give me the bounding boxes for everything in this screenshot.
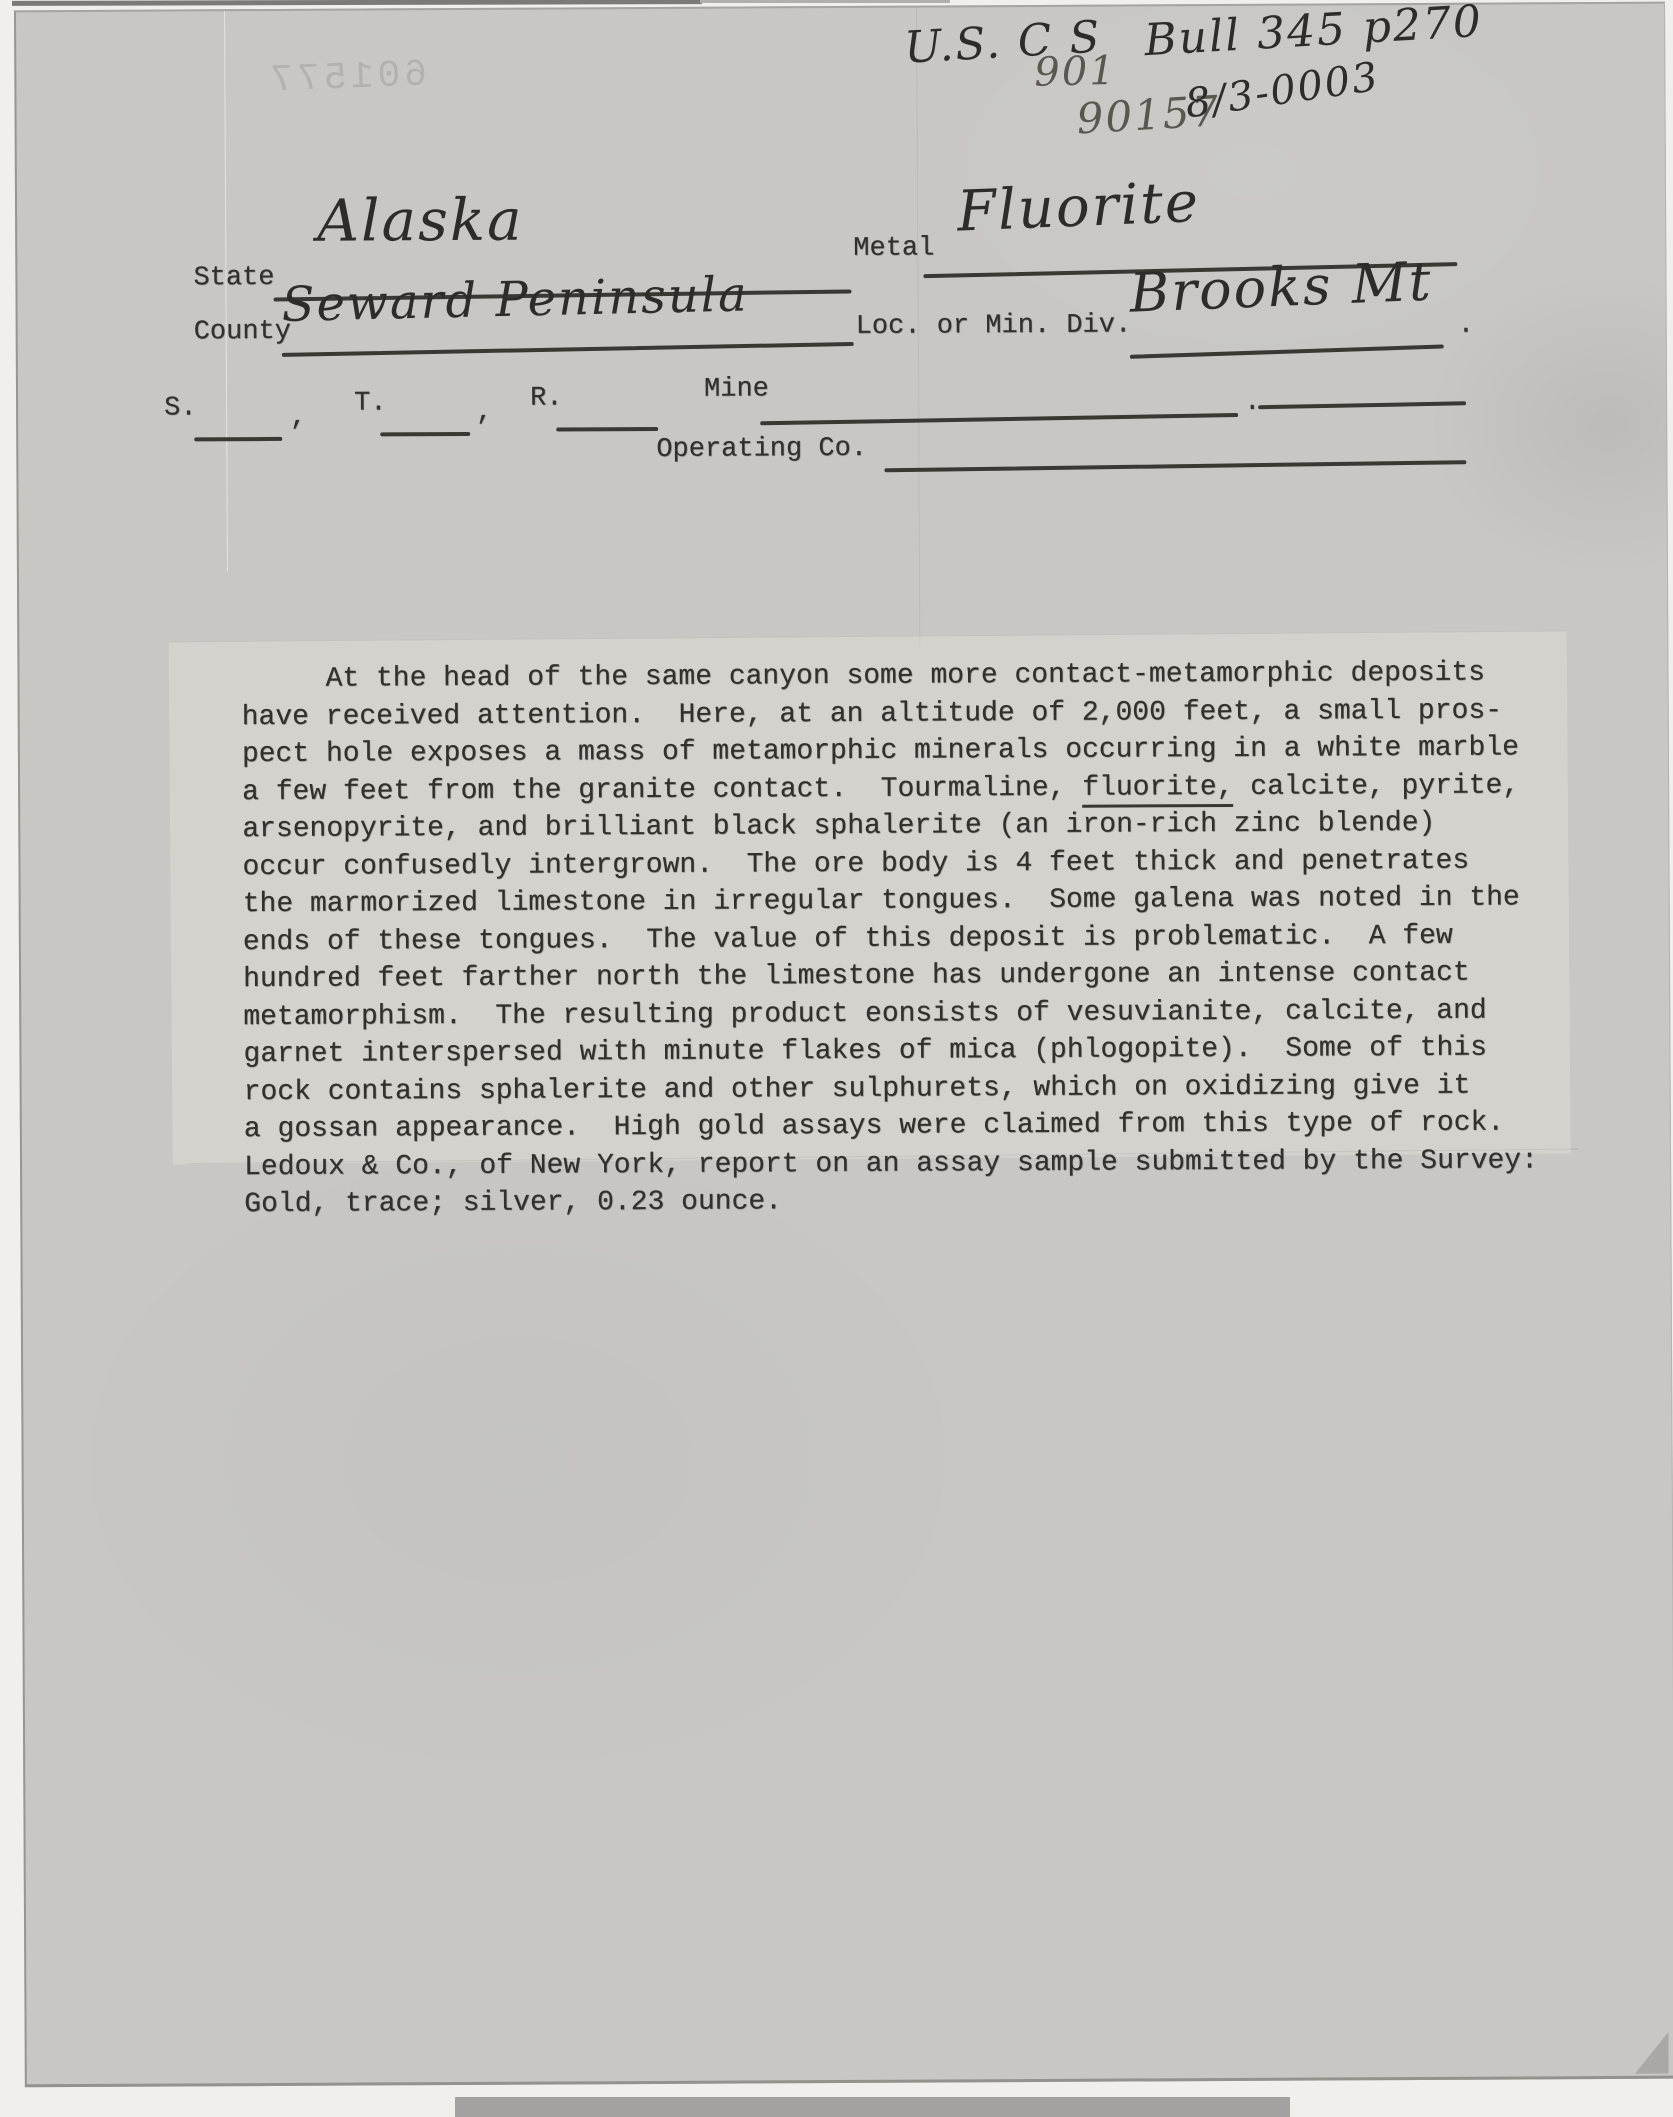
handwritten-code-overlay: 8/3-0003 bbox=[1182, 54, 1382, 128]
township-label: T. bbox=[354, 388, 387, 418]
location-trailing-period: . bbox=[1458, 311, 1474, 341]
county-label: County bbox=[194, 317, 291, 348]
typed-line: At the head of the same canyon some more… bbox=[241, 654, 1581, 699]
range-blank-line bbox=[556, 427, 658, 432]
typed-line: Gold, trace; silver, 0.23 ounce. bbox=[244, 1179, 1584, 1224]
document-paper: 601577 U.S. C S 901 Bull 345 p270 90157 … bbox=[14, 2, 1673, 2088]
handwritten-reference-suffix: Bull 345 p270 bbox=[1143, 0, 1484, 66]
typed-line: garnet interspersed with minute flakes o… bbox=[243, 1029, 1583, 1074]
operating-company-blank-line bbox=[884, 460, 1466, 472]
scanned-page: 601577 U.S. C S 901 Bull 345 p270 90157 … bbox=[0, 0, 1673, 2117]
operating-company-label: Operating Co. bbox=[656, 434, 867, 465]
typed-line: pect hole exposes a mass of metamorphic … bbox=[242, 729, 1582, 774]
stamped-number-overlap: 901 bbox=[1034, 48, 1117, 96]
typed-line: Ledoux & Co., of New York, report on an … bbox=[244, 1142, 1584, 1187]
comma-separator: , bbox=[290, 403, 306, 433]
county-value-handwritten: Seward Peninsula bbox=[281, 266, 749, 333]
section-label: S. bbox=[164, 393, 197, 423]
range-label: R. bbox=[530, 383, 563, 413]
location-value-handwritten: Brooks Mt bbox=[1128, 250, 1433, 325]
section-blank-line bbox=[194, 437, 282, 441]
county-blank-line bbox=[282, 342, 854, 357]
state-value-handwritten: Alaska bbox=[317, 186, 524, 255]
typed-line: the marmorized limestone in irregular to… bbox=[243, 879, 1583, 924]
typed-line: arsenopyrite, and brilliant black sphale… bbox=[242, 804, 1582, 849]
bleedthrough-number: 601577 bbox=[266, 53, 428, 102]
township-blank-line bbox=[380, 432, 470, 436]
metal-label: Metal bbox=[853, 234, 934, 264]
typed-line: hundred feet farther north the limestone… bbox=[243, 954, 1583, 999]
location-or-mining-division-label: Loc. or Min. Div. bbox=[856, 310, 1132, 341]
mine-blank-line bbox=[760, 413, 1238, 425]
mine-label: Mine bbox=[704, 374, 769, 404]
typed-line: a gossan appearance. High gold assays we… bbox=[244, 1104, 1584, 1149]
comma-separator: , bbox=[476, 398, 492, 428]
folded-corner bbox=[1635, 2032, 1669, 2074]
underlined-word: fluorite, bbox=[1082, 771, 1233, 807]
mine-line-dot: . bbox=[1244, 388, 1260, 418]
state-label: State bbox=[193, 263, 274, 293]
location-blank-line bbox=[1130, 344, 1444, 358]
typed-paragraph: At the head of the same canyon some more… bbox=[241, 654, 1584, 1224]
scan-edge-artifact bbox=[455, 2097, 1290, 2117]
mine-blank-line-2 bbox=[1258, 401, 1466, 409]
metal-value-handwritten: Fluorite bbox=[956, 170, 1201, 245]
scan-edge-artifact bbox=[700, 0, 950, 3]
scan-edge-artifact bbox=[12, 0, 702, 6]
